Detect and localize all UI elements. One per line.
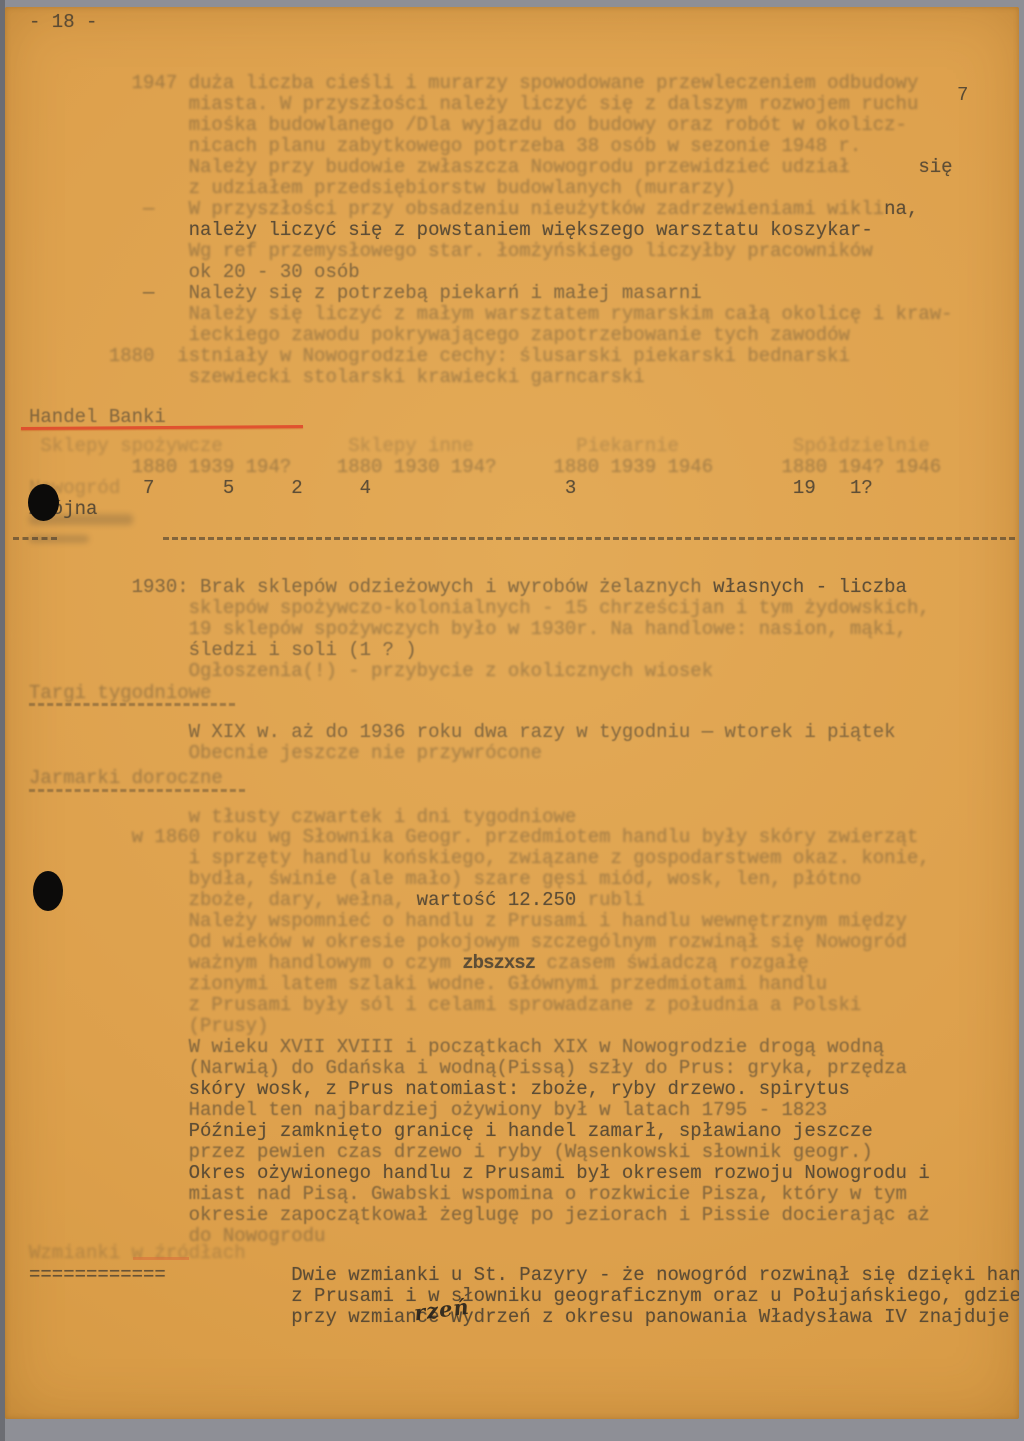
typed-dash-separator bbox=[163, 537, 1015, 540]
typed-line: zboże, dary, wełna, wartość 12.250 rubli bbox=[29, 890, 1015, 911]
section-title: Handel Banki bbox=[29, 407, 1015, 428]
table-row: Nowogród 7 5 2 4 3 19 1? bbox=[29, 478, 1015, 499]
typed-line: miasta. W przyszłości należy liczyć się … bbox=[29, 94, 1015, 115]
typed-line: 1947 duża liczba cieśli i murarzy spowod… bbox=[29, 73, 1015, 94]
paragraph-targi: W XIX w. aż do 1936 roku dwa razy w tygo… bbox=[29, 722, 1015, 764]
table-header-row: Sklepy spożywcze Sklepy inne Piekarnie S… bbox=[29, 436, 1015, 457]
typed-underline bbox=[29, 789, 245, 792]
typed-line: — Należy się z potrzebą piekarń i małej … bbox=[29, 283, 1015, 304]
typed-line: 1930: Brak sklepów odzieżowych i wyrobów… bbox=[29, 577, 1015, 598]
typed-fragment: 1930: Brak sklepów odzieżowych i wyrobów… bbox=[29, 576, 702, 598]
typed-line: ============ Dwie wzmianki u St. Pazyry … bbox=[29, 1265, 1015, 1286]
typed-line: Wg ref przemysłowego star. łomżyńskiego … bbox=[29, 241, 1015, 262]
typed-line: Należy się liczyć z małym warsztatem rym… bbox=[29, 304, 1015, 325]
margin-digit: 7 bbox=[957, 84, 968, 106]
typed-line: ok 20 - 30 osób bbox=[29, 262, 1015, 283]
typed-line: W wieku XVII XVIII i początkach XIX w No… bbox=[29, 1037, 1015, 1058]
margin-heading-wzmianki: Wzmianki w źródłach bbox=[29, 1243, 1015, 1264]
typed-line: zionymi latem szlaki wodne. Głównymi prz… bbox=[29, 974, 1015, 995]
typed-fragment: — W przyszłości przy obsadzeniu nieużytk… bbox=[29, 198, 884, 220]
typed-line: okresie zapoczątkował żeglugę po jeziora… bbox=[29, 1205, 1015, 1226]
margin-title: Jarmarki doroczne bbox=[29, 768, 1015, 789]
typed-dash-separator bbox=[13, 537, 57, 540]
typed-line: W XIX w. aż do 1936 roku dwa razy w tygo… bbox=[29, 722, 1015, 743]
typed-fragment: się bbox=[850, 156, 953, 178]
handel-table: Sklepy spożywcze Sklepy inne Piekarnie S… bbox=[29, 436, 1015, 520]
typed-line: ważnym handlowym o czym zbszxsz czasem ś… bbox=[29, 953, 1015, 974]
typed-fragment: czasem świadczą rozgałę bbox=[535, 952, 809, 974]
section-heading-handel: Handel Banki bbox=[29, 407, 1015, 428]
typed-fragment: Dwie wzmianki u St. Pazyry - że nowogród… bbox=[166, 1264, 1019, 1286]
typed-line: Należy przy budowie zwłaszcza Nowogrodu … bbox=[29, 157, 1015, 178]
paragraph-1947: 1947 duża liczba cieśli i murarzy spowod… bbox=[29, 73, 1015, 199]
margin-title: Wzmianki w źródłach bbox=[29, 1243, 1015, 1264]
typed-line: skóry wosk, z Prus natomiast: zboże, ryb… bbox=[29, 1079, 1015, 1100]
table-row: Zbójna bbox=[29, 499, 1015, 520]
typed-line: i sprzęty handlu końskiego, związane z g… bbox=[29, 848, 1015, 869]
typed-line: Później zamknięto granicę i handel zamar… bbox=[29, 1121, 1015, 1142]
typed-fragment: ważnym handlowym o czym bbox=[29, 952, 462, 974]
typed-line: Okres ożywionego handlu z Prusami był ok… bbox=[29, 1163, 1015, 1184]
punch-hole bbox=[28, 484, 59, 521]
red-underline-mark bbox=[133, 1257, 189, 1260]
page-number-block: - 18 - bbox=[29, 12, 1015, 33]
typed-line: z Prusami były sól i celami sprowadzane … bbox=[29, 995, 1015, 1016]
typed-line: nicach planu zabytkowego potrzeba 38 osó… bbox=[29, 136, 1015, 157]
typed-line: Należy wspomnieć o handlu z Prusami i ha… bbox=[29, 911, 1015, 932]
typed-line: z Prusami i w słowniku geograficznym ora… bbox=[29, 1286, 1015, 1307]
typed-line: miośka budowlanego /Dla wyjazdu do budow… bbox=[29, 115, 1015, 136]
typed-line: Obecnie jeszcze nie przywrócone bbox=[29, 743, 1015, 764]
paragraph-1930: 1930: Brak sklepów odzieżowych i wyrobów… bbox=[29, 577, 1015, 682]
typed-line: przy wzmiance wydrzeń z okresu panowania… bbox=[29, 1307, 1015, 1328]
typed-fragment: wartość 12.250 bbox=[417, 889, 577, 911]
margin-title: Targi tygodniowe bbox=[29, 683, 1015, 704]
paragraph-jarmarki-intro: w tłusty czwartek i dni tygodniowe bbox=[29, 807, 1015, 828]
typed-fragment: Należy przy budowie zwłaszcza Nowogrodu … bbox=[29, 156, 850, 178]
table-row-values: 7 5 2 4 3 19 1? bbox=[120, 477, 873, 499]
typed-line: bydła, świnie (ale mało) szare gęsi miód… bbox=[29, 869, 1015, 890]
paragraph-1880: 1880 istniały w Nowogrodzie cechy: ślusa… bbox=[29, 346, 1015, 388]
scanned-document-screenshot: { "page_number": "- 18 -", "colors": { "… bbox=[0, 0, 1024, 1441]
typed-line: 1880 istniały w Nowogrodzie cechy: ślusa… bbox=[29, 346, 1015, 367]
paragraph-1860-handel: w 1860 roku wg Słownika Geogr. przedmiot… bbox=[29, 827, 1015, 1037]
paragraph-prusy: W wieku XVII XVIII i początkach XIX w No… bbox=[29, 1037, 1015, 1247]
typed-strikeover-word: zbszxsz bbox=[462, 952, 535, 974]
typed-fragment: zboże, dary, wełna, bbox=[29, 889, 417, 911]
typed-line: miast nad Pisą. Gwabski wspomina o rozkw… bbox=[29, 1184, 1015, 1205]
typed-line: (Narwią) do Gdańska i wodną(Pissą) szły … bbox=[29, 1058, 1015, 1079]
typed-line: należy liczyć się z powstaniem większego… bbox=[29, 220, 1015, 241]
typed-equals-marker: ============ bbox=[29, 1264, 166, 1286]
paragraph-wiklina: — W przyszłości przy obsadzeniu nieużytk… bbox=[29, 199, 1015, 283]
typed-underline bbox=[29, 703, 235, 706]
typed-fragment: na, bbox=[884, 198, 918, 220]
paragraph-piekarnie: — Należy się z potrzebą piekarń i małej … bbox=[29, 283, 1015, 346]
typed-line: 19 sklepów spożywczych było w 1930r. Na … bbox=[29, 619, 1015, 640]
typed-line: przez pewien czas drzewo i ryby (Wąsenko… bbox=[29, 1142, 1015, 1163]
margin-heading-jarmarki: Jarmarki doroczne bbox=[29, 768, 1015, 789]
typed-line: z udziałem przedsiębiorstw budowlanych (… bbox=[29, 178, 1015, 199]
typed-line: sklepów spożywczo-kolonialnych - 15 chrz… bbox=[29, 598, 1015, 619]
margin-heading-targi: Targi tygodniowe bbox=[29, 683, 1015, 704]
red-underline-mark bbox=[21, 425, 303, 430]
scanned-page: - 18 - 1947 duża liczba cieśli i murarzy… bbox=[5, 7, 1019, 1419]
punch-hole bbox=[33, 871, 63, 911]
typed-line: (Prusy) bbox=[29, 1016, 1015, 1037]
typed-line: śledzi i soli (1 ? ) bbox=[29, 640, 1015, 661]
typed-line: Od wieków w okresie pokojowym szczególny… bbox=[29, 932, 1015, 953]
typed-line: Handel ten najbardziej ożywiony był w la… bbox=[29, 1100, 1015, 1121]
typed-line: — W przyszłości przy obsadzeniu nieużytk… bbox=[29, 199, 1015, 220]
typed-line: w 1860 roku wg Słownika Geogr. przedmiot… bbox=[29, 827, 1015, 848]
typed-fragment: rubli bbox=[576, 889, 644, 911]
typed-line: w tłusty czwartek i dni tygodniowe bbox=[29, 807, 1015, 828]
typed-line: szewiecki stolarski krawiecki garncarski bbox=[29, 367, 1015, 388]
paragraph-wzmianki: ============ Dwie wzmianki u St. Pazyry … bbox=[29, 1265, 1015, 1328]
typed-line: Ogłoszenia(!) - przybycie z okolicznych … bbox=[29, 661, 1015, 682]
page-number: - 18 - bbox=[29, 12, 1015, 33]
typed-fragment: własnych - liczba bbox=[702, 576, 907, 598]
typed-line: ieckiego zawodu pokrywającego zapotrzebo… bbox=[29, 325, 1015, 346]
table-years-row: 1880 1939 194? 1880 1930 194? 1880 1939 … bbox=[29, 457, 1015, 478]
